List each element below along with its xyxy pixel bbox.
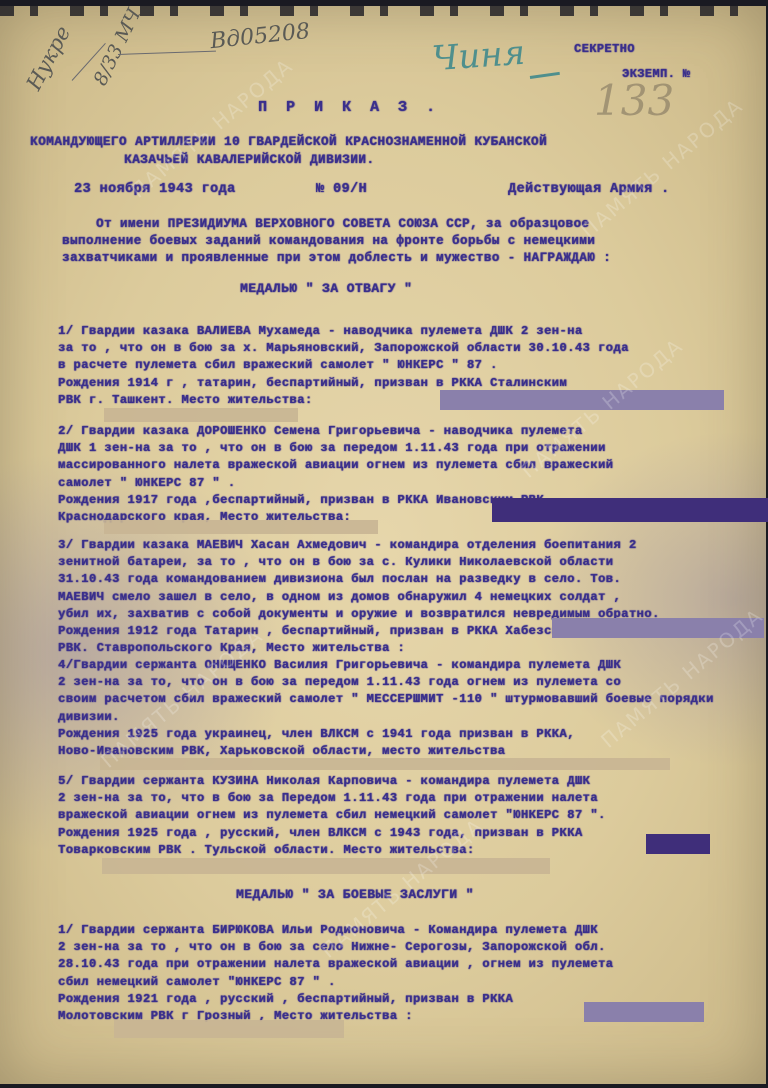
award-entry-line: дивизии. — [58, 710, 120, 724]
torn-top-edge — [0, 6, 768, 16]
pencil-underline — [118, 51, 216, 55]
document-page: Нукре 8/33 МЧ Вд05208 Чиня 133 СЕКРЕТНО … — [0, 6, 766, 1084]
preamble-line: захватчиками и проявленные при этом добл… — [62, 251, 611, 265]
classification-copy: ЭКЗЕМП. № — [622, 67, 690, 81]
redaction-bar — [492, 498, 768, 522]
award-entry-line: вражеской авиации огнем из пулемета сбил… — [58, 808, 606, 822]
award-entry-line: за то , что он в бою за х. Марьяновский,… — [58, 341, 629, 355]
award-entry-line: Рождения 1914 г , татарин, беспартийный,… — [58, 376, 567, 390]
handwritten-note-2: 8/33 МЧ — [89, 5, 145, 89]
redaction-bar — [114, 1020, 344, 1038]
award-entry-line: МАЕВИЧ смело зашел в село, в одном из до… — [58, 590, 621, 604]
section-heading: МЕДАЛЬЮ " ЗА ОТВАГУ " — [240, 281, 412, 296]
signature-dash — [530, 72, 560, 79]
award-entry-line: 31.10.43 года командованием дивизиона бы… — [58, 572, 621, 586]
award-entry-line: зенитной батареи, за то , что он в бою з… — [58, 555, 613, 569]
award-entry-line: Товарковским РВК . Тульской области. Мес… — [58, 843, 475, 857]
award-entry-line: Рождения 1917 года ,беспартийный, призва… — [58, 493, 544, 507]
redaction-bar — [102, 858, 550, 874]
award-entry-line: 4/Гвардии сержанта ОНИЩЕНКО Василия Григ… — [58, 658, 621, 672]
issuer-line-1: КОМАНДУЮЩЕГО АРТИЛЛЕРИИ 10 ГВАРДЕЙСКОЙ К… — [30, 134, 547, 149]
award-entry-line: в расчете пулемета сбил вражеский самоле… — [58, 358, 498, 372]
archive-number: Вд05208 — [209, 19, 311, 54]
award-entry-line: сбил немецкий самолет "ЮНКЕРС 87 " . — [58, 975, 336, 989]
redaction-bar — [646, 834, 710, 854]
watermark: ПАМЯТЬ НАРОДА — [126, 53, 298, 203]
redaction-bar — [104, 408, 298, 422]
award-entry-line: 2 зен-на за то, что он в бою за передом … — [58, 675, 621, 689]
document-title: П Р И К А З . — [258, 99, 440, 116]
award-entry-line: 1/ Гвардии казака ВАЛИЕВА Мухамеда - нав… — [58, 324, 583, 338]
redaction-bar — [104, 520, 378, 534]
signature: Чиня — [431, 33, 527, 79]
award-entry-line: ДШК 1 зен-на за то , что он в бою за пер… — [58, 441, 606, 455]
handwritten-note-1: Нукре — [22, 22, 76, 94]
section-heading: МЕДАЛЬЮ " ЗА БОЕВЫЕ ЗАСЛУГИ " — [236, 887, 474, 902]
preamble-line: От имени ПРЕЗИДИУМА ВЕРХОВНОГО СОВЕТА СО… — [96, 217, 589, 231]
award-entry-line: 3/ Гвардии казака МАЕВИЧ Хасан Ахмедович… — [58, 538, 637, 552]
award-entry-line: 2/ Гвардии казака ДОРОШЕНКО Семена Григо… — [58, 424, 583, 438]
award-entry-line: Рождения 1925 года , русский, член ВЛКСМ… — [58, 826, 583, 840]
award-entry-line: Рождения 1921 года , русский , беспартий… — [58, 992, 513, 1006]
award-entry-line: РВК г. Ташкент. Место жительства: — [58, 393, 313, 407]
redaction-bar — [100, 758, 670, 770]
redaction-bar — [440, 390, 724, 410]
preamble-line: выполнение боевых заданий командования н… — [62, 234, 595, 248]
redaction-bar — [584, 1002, 704, 1022]
order-number: № 09/Н — [316, 182, 367, 197]
classification-secret: СЕКРЕТНО — [574, 42, 635, 56]
award-entry-line: самолет " ЮНКЕРС 87 " . — [58, 476, 235, 490]
page-number: 133 — [594, 76, 674, 125]
award-entry-line: 5/ Гвардии сержанта КУЗИНА Николая Карпо… — [58, 774, 590, 788]
award-entry-line: Рождения 1912 года Татарин , беспартийны… — [58, 624, 575, 638]
award-entry-line: 2 зен-на за то, что в бою за Передом 1.1… — [58, 791, 598, 805]
